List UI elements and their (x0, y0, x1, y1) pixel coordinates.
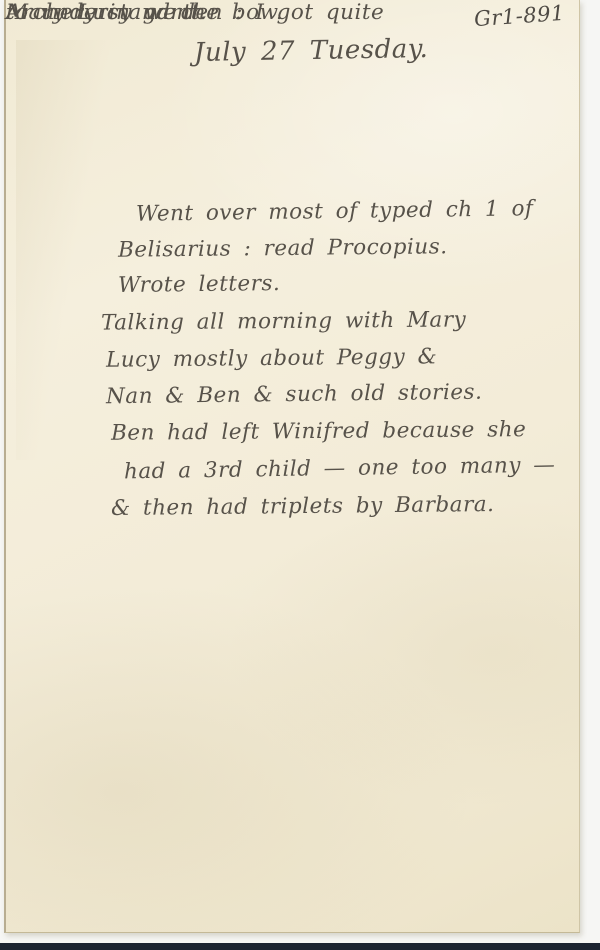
diary-date-heading: July 27 Tuesday. (194, 34, 429, 68)
diary-line: Wrote letters. (118, 271, 281, 298)
diary-line: Belisarius : read Procopius. (118, 234, 448, 262)
diary-line: Ben had left Winifred because she (111, 417, 526, 446)
diary-line: Talking all morning with Mary (101, 307, 466, 335)
diary-line: Lucy mostly about Peggy & (106, 344, 437, 372)
diary-page: Gr1-891 July 27 Tuesday. Went over most … (4, 0, 580, 933)
scan-background: Gr1-891 July 27 Tuesday. Went over most … (0, 0, 600, 950)
diary-line: Nan & Ben & such old stories. (106, 380, 483, 410)
diary-line: had a 3rd child — one too many — (124, 453, 556, 485)
scan-edge-band (0, 943, 600, 950)
diary-line: to understand the bow. (6, 0, 283, 25)
diary-line: & then had triplets by Barbara. (111, 492, 495, 521)
catalog-mark: Gr1-891 (473, 1, 565, 31)
diary-line: Went over most of typed ch 1 of (136, 196, 534, 227)
